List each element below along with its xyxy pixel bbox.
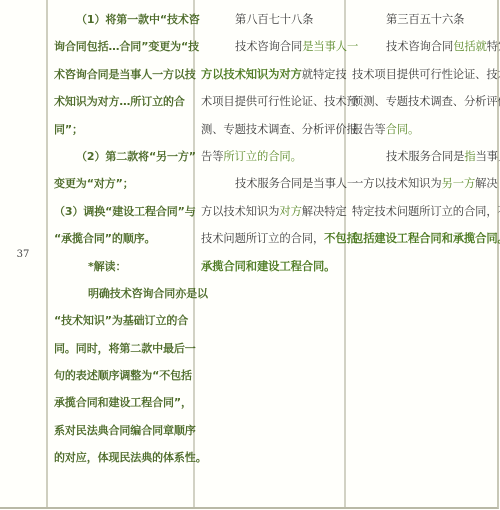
article-line: 特定技术问题所订立的合同，不	[352, 198, 494, 225]
interpretation-cell: （1）将第一款中“技术咨 询合同包括…合同”变更为“技 术咨询合同是当事人一方以…	[48, 0, 195, 507]
note-line: 询合同包括…合同”变更为“技	[54, 33, 189, 60]
note-line: （2）第二款将“另一方”	[54, 143, 189, 170]
text-segment: 解决特定	[302, 205, 347, 218]
article-line: 技术问题所订立的合同，不包括	[201, 225, 340, 252]
note-line: 明确技术咨询合同亦是以	[54, 280, 189, 307]
highlighted-text: 指	[464, 150, 475, 163]
note-line: 同”；	[54, 116, 189, 143]
article-line: 承揽合同和建设工程合同。	[201, 253, 340, 280]
highlighted-text: 包括建设工程合同和承揽合同。	[352, 232, 500, 245]
interpretation-text: （1）将第一款中“技术咨 询合同包括…合同”变更为“技 术咨询合同是当事人一方以…	[48, 6, 193, 472]
row-number-cell: 37	[0, 0, 48, 507]
note-line: 承揽合同和建设工程合同”，	[54, 389, 189, 416]
note-line: “技术知识”为基础订立的合	[54, 307, 189, 334]
note-line: 句的表述顺序调整为“不包括	[54, 362, 189, 389]
article-line: 预测、专题技术调查、分析评价	[352, 88, 494, 115]
article-line: 技术项目提供可行性论证、技术	[352, 61, 494, 88]
article-line: 包括建设工程合同和承揽合同。	[352, 225, 494, 252]
article-line: 技术咨询合同包括就特定	[352, 33, 494, 60]
text-segment: 报告等	[352, 123, 386, 136]
article-line: 方以技术知识为对方解决特定	[201, 198, 340, 225]
note-line: 术咨询合同是当事人一方以技	[54, 61, 189, 88]
row-number: 37	[0, 249, 46, 260]
article-line: 技术服务合同是当事人一	[201, 170, 340, 197]
text-segment: 技术服务合同是	[386, 150, 464, 163]
article-line: 技术服务合同是指当事人	[352, 143, 494, 170]
note-line: （3）调换“建设工程合同”与	[54, 198, 189, 225]
highlighted-text: 所订立的合同。	[223, 150, 301, 163]
text-segment: 就特定技	[302, 68, 347, 81]
highlighted-text: 另一方	[442, 177, 476, 190]
civil-code-article-cell: 第八百七十八条 技术咨询合同是当事人一 方以技术知识为对方就特定技 术项目提供可…	[195, 0, 346, 507]
note-line: “承揽合同”的顺序。	[54, 225, 189, 252]
highlighted-text: 方以技术知识为对方	[201, 68, 302, 81]
text-segment: 告等	[201, 150, 223, 163]
article-line: 测、专题技术调查、分析评价报	[201, 116, 340, 143]
article-line: 术项目提供可行性论证、技术预	[201, 88, 340, 115]
note-line: 同。同时，将第二款中最后一	[54, 335, 189, 362]
highlighted-text: 合同。	[386, 123, 420, 136]
note-line: 系对民法典合同编合同章顺序	[54, 417, 189, 444]
note-line: （1）将第一款中“技术咨	[54, 6, 189, 33]
article-line: 方以技术知识为对方就特定技	[201, 61, 340, 88]
text-segment: 一方以技术知识为	[352, 177, 442, 190]
text-segment: 特定	[487, 40, 500, 53]
text-segment: 技术咨询合同	[235, 40, 302, 53]
highlighted-text: 包括就	[453, 40, 487, 53]
article-heading: 第八百七十八条	[201, 6, 340, 33]
civil-code-article-text: 第八百七十八条 技术咨询合同是当事人一 方以技术知识为对方就特定技 术项目提供可…	[195, 6, 344, 280]
contract-law-article-text: 第三百五十六条 技术咨询合同包括就特定 技术项目提供可行性论证、技术 预测、专题…	[346, 6, 498, 253]
note-line: 的对应，体现民法典的体系性。	[54, 444, 189, 471]
article-heading: 第三百五十六条	[352, 6, 494, 33]
article-line: 一方以技术知识为另一方解决	[352, 170, 494, 197]
text-segment: 当事人	[476, 150, 500, 163]
article-line: 报告等合同。	[352, 116, 494, 143]
article-line: 告等所订立的合同。	[201, 143, 340, 170]
highlighted-text: 对方	[279, 205, 301, 218]
comparison-table: 37 （1）将第一款中“技术咨 询合同包括…合同”变更为“技 术咨询合同是当事人…	[0, 0, 499, 509]
text-segment: 技术问题所订立的合同，	[201, 232, 324, 245]
text-segment: 方以技术知识为	[201, 205, 279, 218]
highlighted-text: 承揽合同和建设工程合同。	[201, 260, 335, 273]
note-line: 变更为“对方”；	[54, 170, 189, 197]
contract-law-article-cell: 第三百五十六条 技术咨询合同包括就特定 技术项目提供可行性论证、技术 预测、专题…	[346, 0, 498, 507]
text-segment: 解决	[475, 177, 497, 190]
note-heading-interpretation: *解读：	[54, 253, 189, 280]
text-segment: 技术咨询合同	[386, 40, 453, 53]
article-line: 技术咨询合同是当事人一	[201, 33, 340, 60]
note-line: 术知识为对方…所订立的合	[54, 88, 189, 115]
